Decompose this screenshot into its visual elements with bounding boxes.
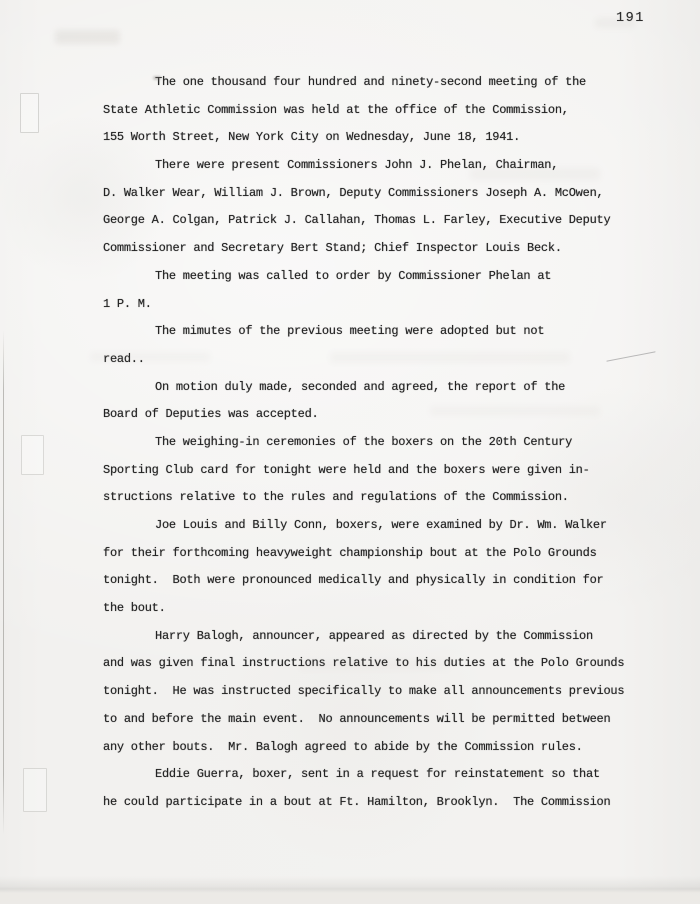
text-line: read.. bbox=[103, 346, 643, 374]
text-line: structions relative to the rules and reg… bbox=[103, 484, 643, 512]
text-line: Sporting Club card for tonight were held… bbox=[103, 457, 643, 485]
text-line: any other bouts. Mr. Balogh agreed to ab… bbox=[103, 734, 643, 762]
text-line: he could participate in a bout at Ft. Ha… bbox=[103, 789, 643, 817]
scan-bottom-edge bbox=[0, 876, 700, 904]
text-line: There were present Commissioners John J.… bbox=[103, 152, 643, 180]
text-line: tonight. Both were pronounced medically … bbox=[103, 567, 643, 595]
document-lines: The one thousand four hundred and ninety… bbox=[103, 69, 643, 817]
text-line: Board of Deputies was accepted. bbox=[103, 401, 643, 429]
text-line: George A. Colgan, Patrick J. Callahan, T… bbox=[103, 207, 643, 235]
text-line: The mimutes of the previous meeting were… bbox=[103, 318, 643, 346]
scan-artifact-smudge bbox=[55, 30, 120, 44]
page-number: 191 bbox=[616, 11, 645, 26]
text-line: The meeting was called to order by Commi… bbox=[103, 263, 643, 291]
text-line: State Athletic Commission was held at th… bbox=[103, 97, 643, 125]
scan-artifact-speck bbox=[153, 76, 161, 80]
text-line: 155 Worth Street, New York City on Wedne… bbox=[103, 124, 643, 152]
text-line: tonight. He was instructed specifically … bbox=[103, 678, 643, 706]
scan-artifact-rectangle bbox=[23, 768, 47, 812]
scan-artifact-rectangle bbox=[21, 435, 44, 475]
text-line: the bout. bbox=[103, 595, 643, 623]
text-line: to and before the main event. No announc… bbox=[103, 706, 643, 734]
text-line: Joe Louis and Billy Conn, boxers, were e… bbox=[103, 512, 643, 540]
text-line: 1 P. M. bbox=[103, 291, 643, 319]
text-line: Commissioner and Secretary Bert Stand; C… bbox=[103, 235, 643, 263]
text-line: for their forthcoming heavyweight champi… bbox=[103, 540, 643, 568]
text-line: Harry Balogh, announcer, appeared as dir… bbox=[103, 623, 643, 651]
scanned-document-page: 191 The one thousand four hundred and ni… bbox=[0, 0, 700, 904]
text-line: On motion duly made, seconded and agreed… bbox=[103, 374, 643, 402]
text-line: Eddie Guerra, boxer, sent in a request f… bbox=[103, 761, 643, 789]
scan-artifact-rectangle bbox=[20, 93, 39, 133]
text-line: The weighing-in ceremonies of the boxers… bbox=[103, 429, 643, 457]
scan-artifact-edge-line bbox=[3, 330, 4, 835]
text-line: D. Walker Wear, William J. Brown, Deputy… bbox=[103, 180, 643, 208]
text-line: The one thousand four hundred and ninety… bbox=[103, 69, 643, 97]
text-line: and was given final instructions relativ… bbox=[103, 650, 643, 678]
